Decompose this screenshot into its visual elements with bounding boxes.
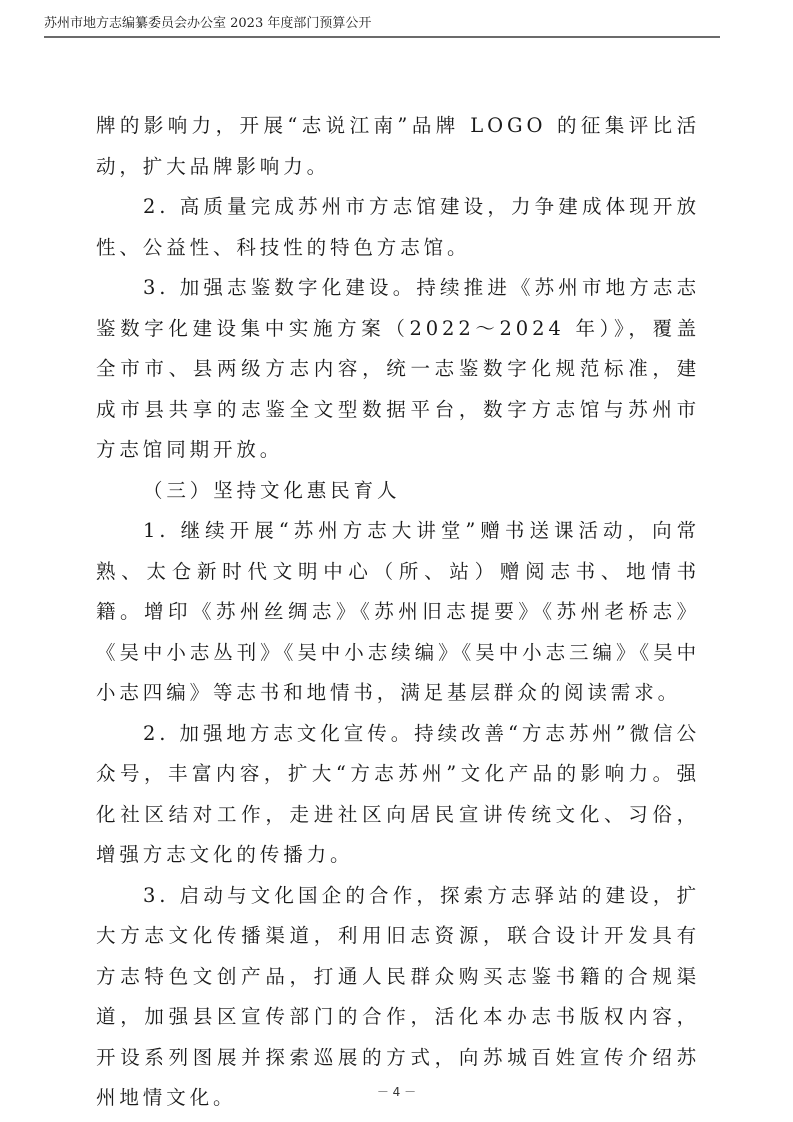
page-number: － 4 － <box>0 1083 793 1100</box>
paragraph-publicity: 2. 加强地方志文化宣传。持续改善“方志苏州”微信公众号，丰富内容，扩大“方志苏… <box>96 714 700 876</box>
paragraph-museum-construction: 2. 高质量完成苏州市方志馆建设，力争建成体现开放性、公益性、科技性的特色方志馆… <box>96 187 700 268</box>
header-title: 苏州市地方志编纂委员会办公室 2023 年度部门预算公开 <box>44 12 479 31</box>
paragraph-lecture-books: 1. 继续开展“苏州方志大讲堂”赠书送课活动，向常熟、太仓新时代文明中心（所、站… <box>96 511 700 714</box>
section-heading-culture: （三）坚持文化惠民育人 <box>96 471 700 512</box>
header-divider <box>44 36 720 38</box>
paragraph-digitization: 3. 加强志鉴数字化建设。持续推进《苏州市地方志志鉴数字化建设集中实施方案（20… <box>96 268 700 471</box>
document-body: 牌的影响力，开展“志说江南”品牌 LOGO 的征集评比活动，扩大品牌影响力。 2… <box>96 106 700 1119</box>
paragraph-brand-influence: 牌的影响力，开展“志说江南”品牌 LOGO 的征集评比活动，扩大品牌影响力。 <box>96 106 700 187</box>
